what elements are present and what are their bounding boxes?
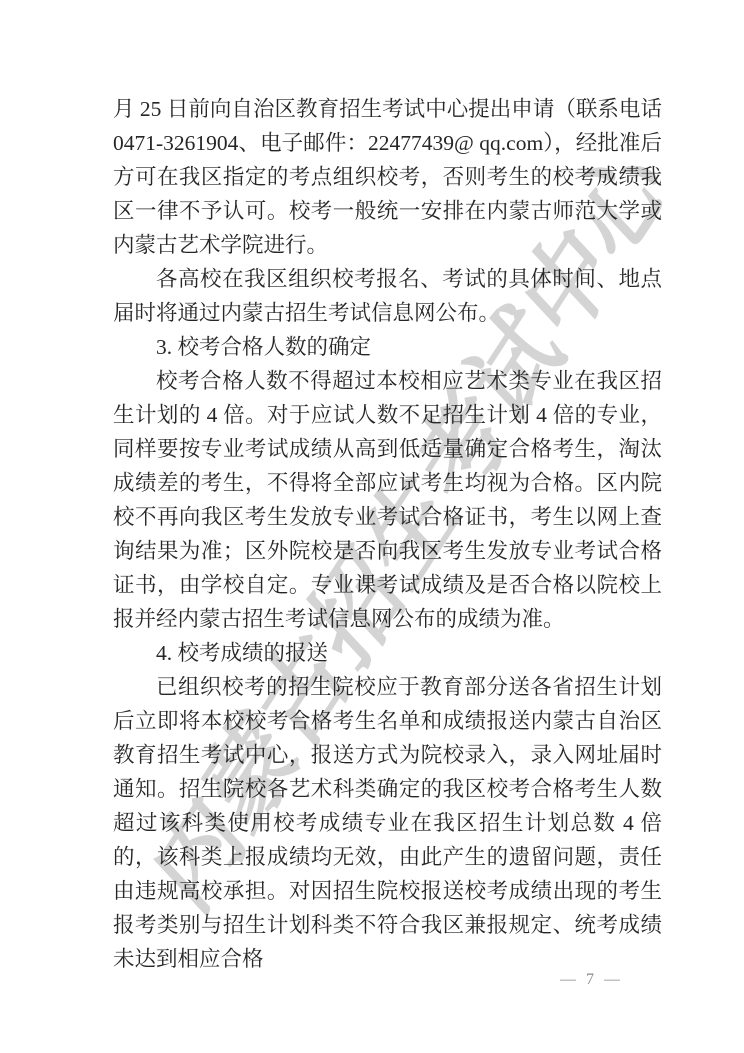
section-heading-3: 3. 校考合格人数的确定 [113,330,662,364]
paragraph-score-reporting: 已组织校考的招生院校应于教育部分送各省招生计划后立即将本校校考合格考生名单和成绩… [113,670,662,976]
document-page: 内蒙古招生考试中心 月 25 日前向自治区教育招生考试中心提出申请（联系电话 0… [0,0,744,1053]
page-number: — 7 — [560,971,623,989]
paragraph-qualified-count: 校考合格人数不得超过本校相应艺术类专业在我区招生计划的 4 倍。对于应试人数不足… [113,364,662,636]
section-heading-4: 4. 校考成绩的报送 [113,636,662,670]
paragraph-continuation: 月 25 日前向自治区教育招生考试中心提出申请（联系电话 0471-326190… [113,92,662,262]
paragraph-campus-exam-publish: 各高校在我区组织校考报名、考试的具体时间、地点届时将通过内蒙古招生考试信息网公布… [113,262,662,330]
document-body: 月 25 日前向自治区教育招生考试中心提出申请（联系电话 0471-326190… [113,92,662,976]
